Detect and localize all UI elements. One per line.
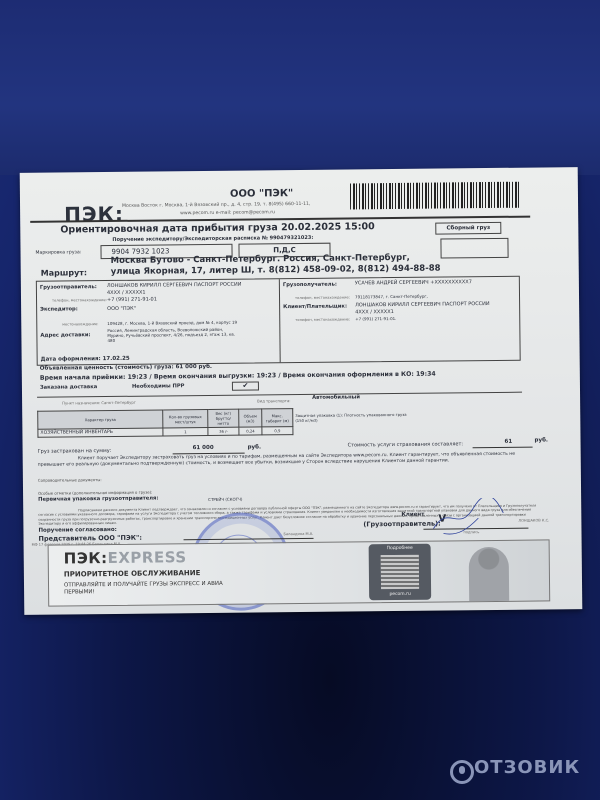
insurance-cost-label: Стоимость услуги страхования составляет: [348,441,464,448]
marking-label: Маркировка груза: [36,250,82,255]
col-header: Кол-во грузовых мест/штук [163,409,208,427]
delivery-ordered: Заказана доставка [40,384,97,391]
route-label: Маршрут: [41,268,87,277]
packaging-value: СТРЕЙЧ (СКОТЧ) [208,497,242,502]
agreed-label: Поручение согласовано: [38,527,116,534]
col-header: Вес (кг) брутто/нетто [208,409,239,427]
sender-doc: 4XXX / XXXXX1 [107,290,146,296]
time-info: Время начала приёмки: 19:23 / Время окон… [40,371,436,382]
pek-logo: ПЭК: [64,202,124,227]
payer-phone: +7 (991) 271-91-01. [355,316,396,321]
representative-name: Баландина М.А. [283,532,313,536]
recipient-phone: 79118173847, г. Санкт-Петербург, [355,294,428,300]
col-header: Характер груза [38,410,163,429]
packaging-label: Первичная упаковка грузоотправителя: [38,495,158,502]
issue-date: Дата оформления: 17.02.25 [41,356,130,363]
insured-currency: руб. [248,444,262,450]
checkmark-icon: ✔ [232,381,259,390]
qr-site: pecom.ru [369,592,431,598]
company-address: Москва Восток г. Москва, 1-й Вязовский п… [122,202,310,209]
recipient-label: Грузополучатель: [283,282,337,289]
eta-heading: Ориентировочная дата прибытия груза 20.0… [60,221,375,235]
signature-scribble [428,498,508,539]
express-advert: ПЭК:EXPRESS ПРИОРИТЕТНОЕ ОБСЛУЖИВАНИЕ ОТ… [48,539,551,606]
sender-label: Грузоотправитель: [40,284,97,291]
cell-size: 0,9 [262,427,293,435]
forwarder-label: Экспедитор: [40,306,78,312]
cell-volume: 0,24 [239,427,262,435]
packaging-note: Защитная упаковка (1): Плотность упакова… [293,407,417,426]
sender-phone-label: телефон, местонахождение: [52,298,107,303]
otzovik-logo-icon [450,760,474,784]
transport-value: Автомобильный [312,394,360,401]
barcode [350,182,520,210]
qr-code-icon [381,555,419,589]
ad-subline: ОТПРАВЛЯЙТЕ И ПОЛУЧАЙТЕ ГРУЗЫ ЭКСПРЕСС И… [64,581,224,597]
insurance-currency: руб. [535,437,549,443]
delivery-label: Адрес доставки: [40,332,90,339]
column-divider [279,279,281,362]
col-header: Объем (м3) [239,409,262,427]
client-name: ЛОНШАКОВ К.С. [518,518,549,522]
cargo-table: Характер груза Кол-во грузовых мест/штук… [37,407,417,438]
payer-phone-label: телефон, местонахождение: [295,317,350,322]
ad-logo-main: ПЭК: [64,549,108,567]
company-name: ООО "ПЭК" [230,188,293,200]
recipient-name: УСАЧЕВ АНДРЕЙ СЕРГЕЕВИЧ +XXXXXXXXXX7 [355,279,472,286]
payer-name: ЛОНШАКОВ КИРИЛЛ СЕРГЕЕВИЧ ПАСПОРТ РОССИИ [355,301,490,308]
delivery-address: Россия, Ленинградская область, Всеволожс… [107,327,237,343]
route-value: Москва Бутово - Санкт-Петербург. Россия,… [111,253,441,278]
ad-headline: ПРИОРИТЕТНОЕ ОБСЛУЖИВАНИЕ [64,569,201,578]
forwarder-name: ООО "ПЭК" [107,306,136,312]
blank-box [440,238,508,259]
forwarder-location-label: местонахождение: [62,322,98,326]
background-top [0,0,600,175]
prr-needed: Необходимы ПРР [132,383,185,390]
declared-value: Объявленная ценность (стоимость) груза: … [40,364,212,372]
divider [37,392,522,398]
parties-block: Грузоотправитель: ЛОНШАКОВ КИРИЛЛ СЕРГЕЕ… [36,276,521,366]
col-header: Макс. габарит (м) [262,409,293,427]
ad-logo-express: EXPRESS [107,548,186,567]
ad-logo: ПЭК:EXPRESS [64,548,187,567]
payer-label: Клиент/Плательщик: [283,304,347,311]
qr-label: Подробнее [369,546,431,552]
insured-label: Груз застрахован на сумму: [38,448,112,455]
cargo-type-box: Сборный груз [435,222,501,235]
cell-cargo: ХОЗЯЙСТВЕННЫЙ ИНВЕНТАРЬ [38,428,163,437]
shipping-document: ПЭК: ООО "ПЭК" Москва Восток г. Москва, … [20,167,583,615]
courier-image [469,547,510,607]
cell-places: 1 [163,427,208,435]
order-number: Поручение экспедитору/Экспедиторская рас… [112,235,313,243]
payer-doc: 4XXX / XXXXX1 [355,309,394,315]
accompanying-docs: Сопроводительные документы: [38,477,102,483]
client-label: Клиент [401,512,424,518]
forwarder-address: 109428, г. Москва, 1-й Вязовский проезд,… [107,320,237,326]
sender-phone: +7 (991) 271-91-01 [107,297,157,304]
insurance-cost: 61 [505,439,513,445]
recipient-phone-label: телефон, местонахождение: [295,295,350,300]
sender-name: ЛОНШАКОВ КИРИЛЛ СЕРГЕЕВИЧ ПАСПОРТ РОССИИ [107,282,242,289]
cell-weight: 36 /- [208,427,239,435]
company-contacts: www.pecom.ru e-mail: pecom@pecom.ru [180,210,275,216]
insured-amount: 61 000 [193,445,214,451]
destination: Пункт назначения: Санкт-Петербург [62,400,136,406]
insurance-clause: Клиент поручает Экспедитору застраховать… [38,452,538,469]
underline [473,447,533,449]
otzovik-watermark: ОТЗОВИК [474,757,580,778]
transport-label: Вид транспорта: [257,398,291,403]
